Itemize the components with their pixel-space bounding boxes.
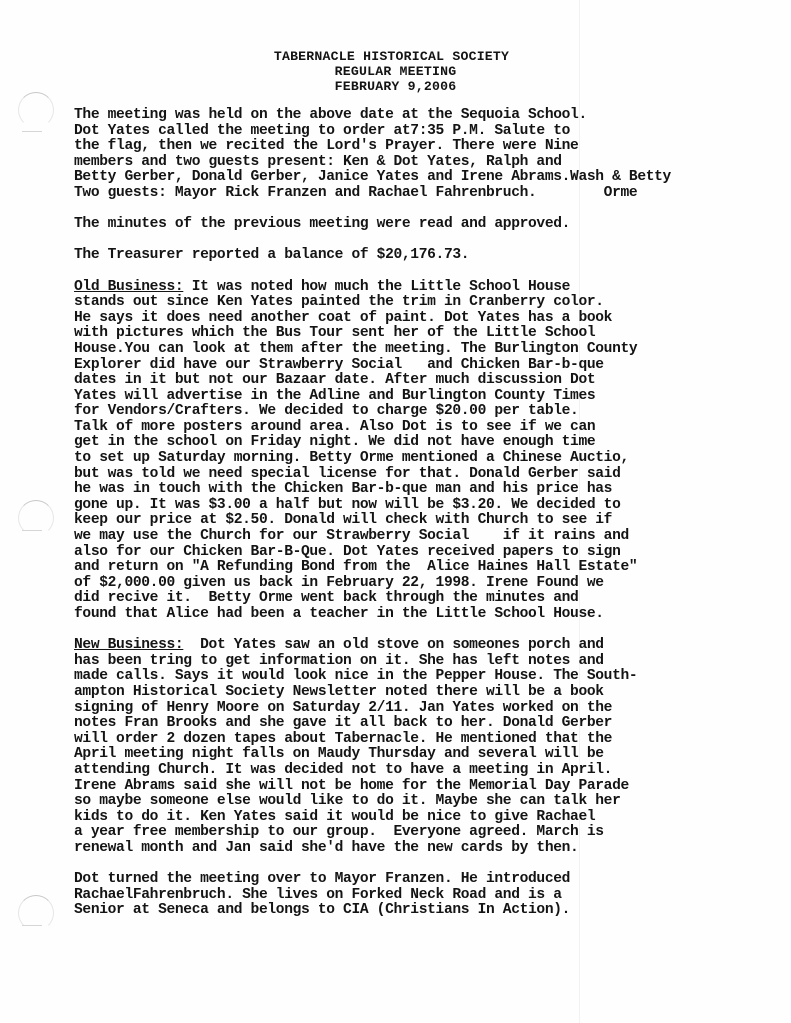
intro-paragraph: The meeting was held on the above date a…: [74, 108, 786, 202]
new-business-line: ampton Historical Society Newsletter not…: [74, 685, 786, 701]
new-business-line: kids to do it. Ken Yates said it would b…: [74, 810, 786, 826]
old-business-line: House.You can look at them after the mee…: [74, 342, 786, 358]
old-business-line: get in the school on Friday night. We di…: [74, 435, 786, 451]
closing-line: Senior at Seneca and belongs to CIA (Chr…: [74, 903, 786, 919]
old-business-line: to set up Saturday morning. Betty Orme m…: [74, 451, 786, 467]
old-business-section: Old Business: It was noted how much the …: [74, 280, 786, 623]
treasurer-report: The Treasurer reported a balance of $20,…: [74, 248, 786, 264]
old-business-line: Yates will advertise in the Adline and B…: [74, 389, 786, 405]
intro-line: members and two guests present: Ken & Do…: [74, 155, 786, 171]
old-business-heading: Old Business:: [74, 279, 183, 295]
new-business-line: notes Fran Brooks and she gave it all ba…: [74, 716, 786, 732]
old-business-line: but was told we need special license for…: [74, 467, 786, 483]
new-business-line: April meeting night falls on Maudy Thurs…: [74, 747, 786, 763]
old-business-line: Explorer did have our Strawberry Social …: [74, 358, 786, 374]
new-business-line: a year free membership to our group. Eve…: [74, 825, 786, 841]
punch-hole-top: [18, 92, 54, 128]
old-business-line: with pictures which the Bus Tour sent he…: [74, 326, 786, 342]
intro-line: The meeting was held on the above date a…: [74, 108, 786, 124]
new-business-line: Dot Yates saw an old stove on someones p…: [183, 637, 603, 653]
new-business-line: attending Church. It was decided not to …: [74, 763, 786, 779]
new-business-line: has been tring to get information on it.…: [74, 654, 786, 670]
old-business-line: Talk of more posters around area. Also D…: [74, 420, 786, 436]
punch-hole-middle-shadow: [22, 530, 42, 531]
new-business-line: Irene Abrams said she will not be home f…: [74, 779, 786, 795]
intro-line: the flag, then we recited the Lord's Pra…: [74, 139, 786, 155]
intro-line: Dot Yates called the meeting to order at…: [74, 124, 786, 140]
meeting-type: REGULAR MEETING: [0, 64, 791, 79]
old-business-line: It was noted how much the Little School …: [183, 279, 570, 295]
intro-line: Two guests: Mayor Rick Franzen and Racha…: [74, 186, 786, 202]
punch-hole-bottom-shadow: [22, 925, 42, 926]
new-business-section: New Business: Dot Yates saw an old stove…: [74, 638, 786, 856]
new-business-line: will order 2 dozen tapes about Tabernacl…: [74, 732, 786, 748]
punch-hole-top-shadow: [22, 131, 42, 132]
old-business-line: did recive it. Betty Orme went back thro…: [74, 591, 786, 607]
organization-title: TABERNACLE HISTORICAL SOCIETY: [0, 49, 791, 64]
old-business-line: of $2,000.00 given us back in February 2…: [74, 576, 786, 592]
closing-line: Dot turned the meeting over to Mayor Fra…: [74, 872, 786, 888]
new-business-line: renewal month and Jan said she'd have th…: [74, 841, 786, 857]
scanned-page: TABERNACLE HISTORICAL SOCIETY REGULAR ME…: [0, 0, 791, 1023]
meeting-date: FEBRUARY 9,2006: [0, 79, 791, 94]
closing-line: RachaelFahrenbruch. She lives on Forked …: [74, 888, 786, 904]
old-business-line: dates in it but not our Bazaar date. Aft…: [74, 373, 786, 389]
old-business-line: He says it does need another coat of pai…: [74, 311, 786, 327]
old-business-line: he was in touch with the Chicken Bar-b-q…: [74, 482, 786, 498]
old-business-line: keep our price at $2.50. Donald will che…: [74, 513, 786, 529]
old-business-line: for Vendors/Crafters. We decided to char…: [74, 404, 786, 420]
closing-paragraph: Dot turned the meeting over to Mayor Fra…: [74, 872, 786, 919]
old-business-line: stands out since Ken Yates painted the t…: [74, 295, 786, 311]
minutes-approval: The minutes of the previous meeting were…: [74, 217, 786, 233]
old-business-line: also for our Chicken Bar-B-Que. Dot Yate…: [74, 545, 786, 561]
old-business-line: found that Alice had been a teacher in t…: [74, 607, 786, 623]
document-header: TABERNACLE HISTORICAL SOCIETY REGULAR ME…: [0, 49, 791, 94]
new-business-line: made calls. Says it would look nice in t…: [74, 669, 786, 685]
minutes-body: The meeting was held on the above date a…: [74, 108, 786, 919]
old-business-line: gone up. It was $3.00 a half but now wil…: [74, 498, 786, 514]
old-business-line: we may use the Church for our Strawberry…: [74, 529, 786, 545]
new-business-line: so maybe someone else would like to do i…: [74, 794, 786, 810]
intro-line: Betty Gerber, Donald Gerber, Janice Yate…: [74, 170, 786, 186]
new-business-heading: New Business:: [74, 637, 183, 653]
old-business-line: and return on "A Refunding Bond from the…: [74, 560, 786, 576]
new-business-line: signing of Henry Moore on Saturday 2/11.…: [74, 701, 786, 717]
